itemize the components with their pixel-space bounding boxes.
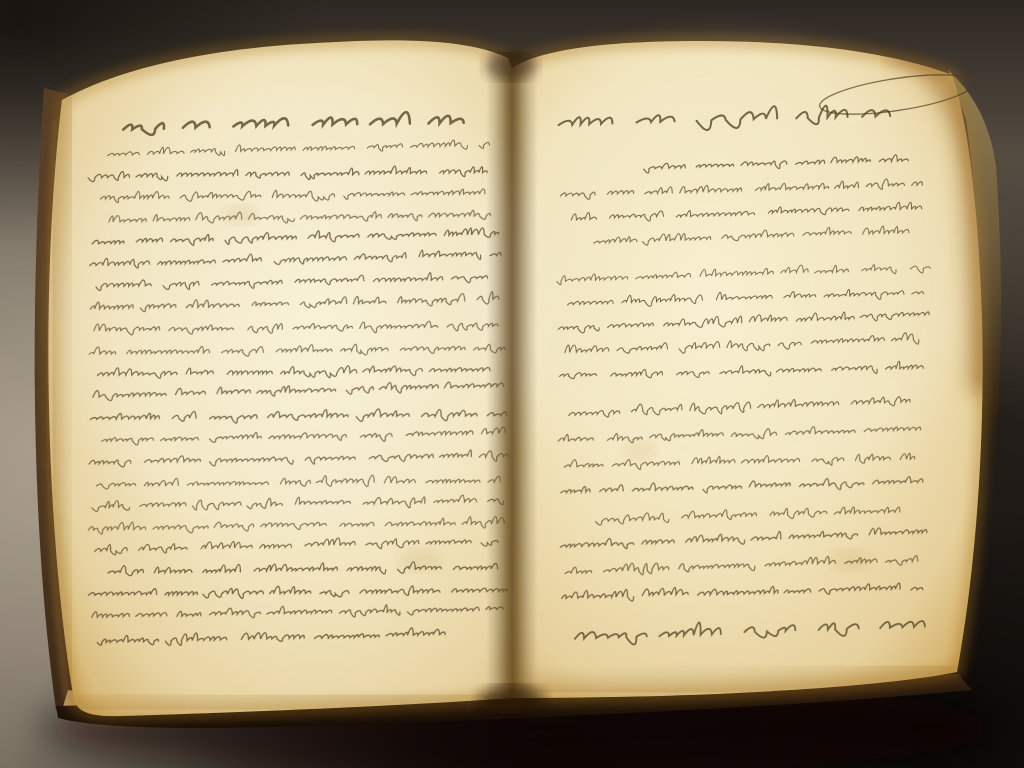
gutter-shadow <box>486 52 538 704</box>
photo-open-manuscript-book <box>0 0 1024 768</box>
book-photo-canvas <box>0 0 1024 768</box>
gutter-bottom-notch <box>478 686 546 714</box>
gutter-top-notch <box>485 52 537 80</box>
left-page-highlight <box>60 80 540 540</box>
